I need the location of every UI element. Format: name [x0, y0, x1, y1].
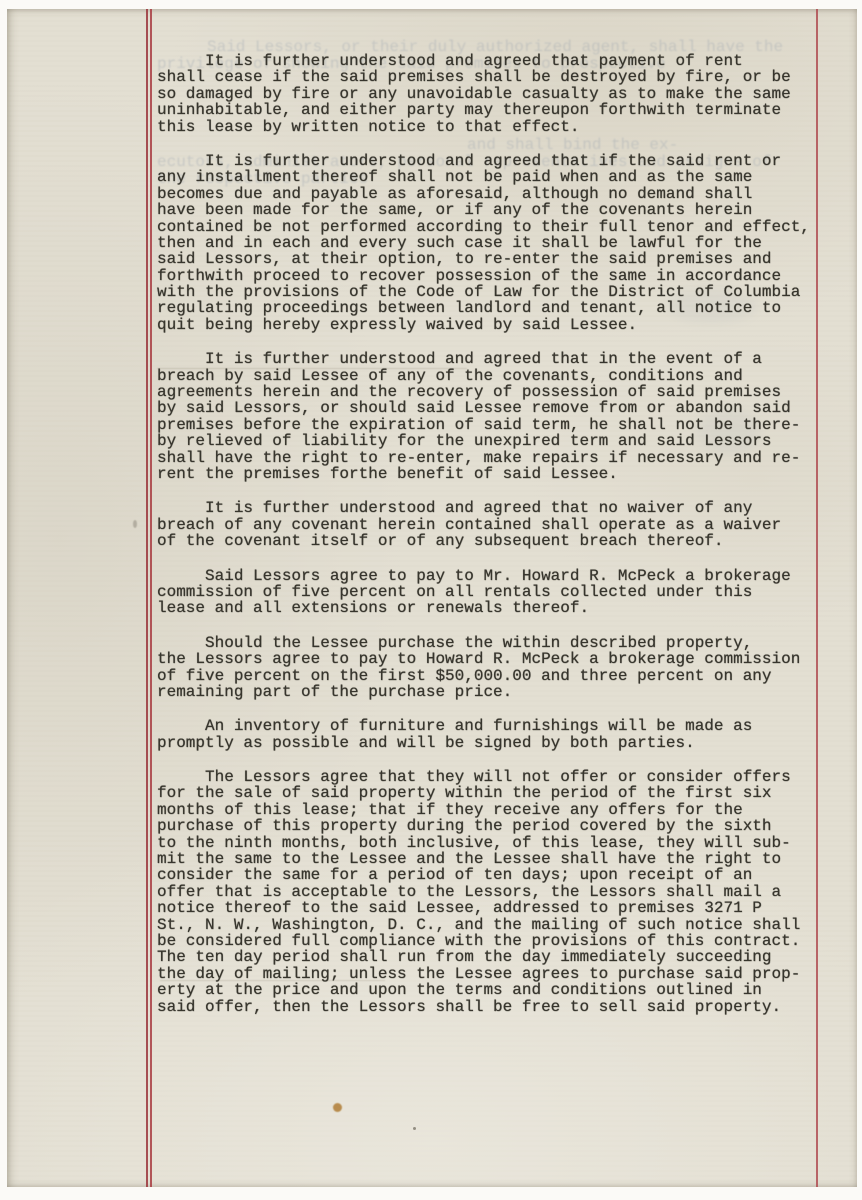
- paper: Said Lessors, or their duly authorized a…: [7, 9, 857, 1187]
- scanned-page: Said Lessors, or their duly authorized a…: [0, 0, 862, 1200]
- stain-layer: [7, 9, 857, 1187]
- margin-mark: [133, 520, 137, 528]
- small-speck: [413, 1127, 416, 1130]
- orange-spot: [333, 1103, 342, 1112]
